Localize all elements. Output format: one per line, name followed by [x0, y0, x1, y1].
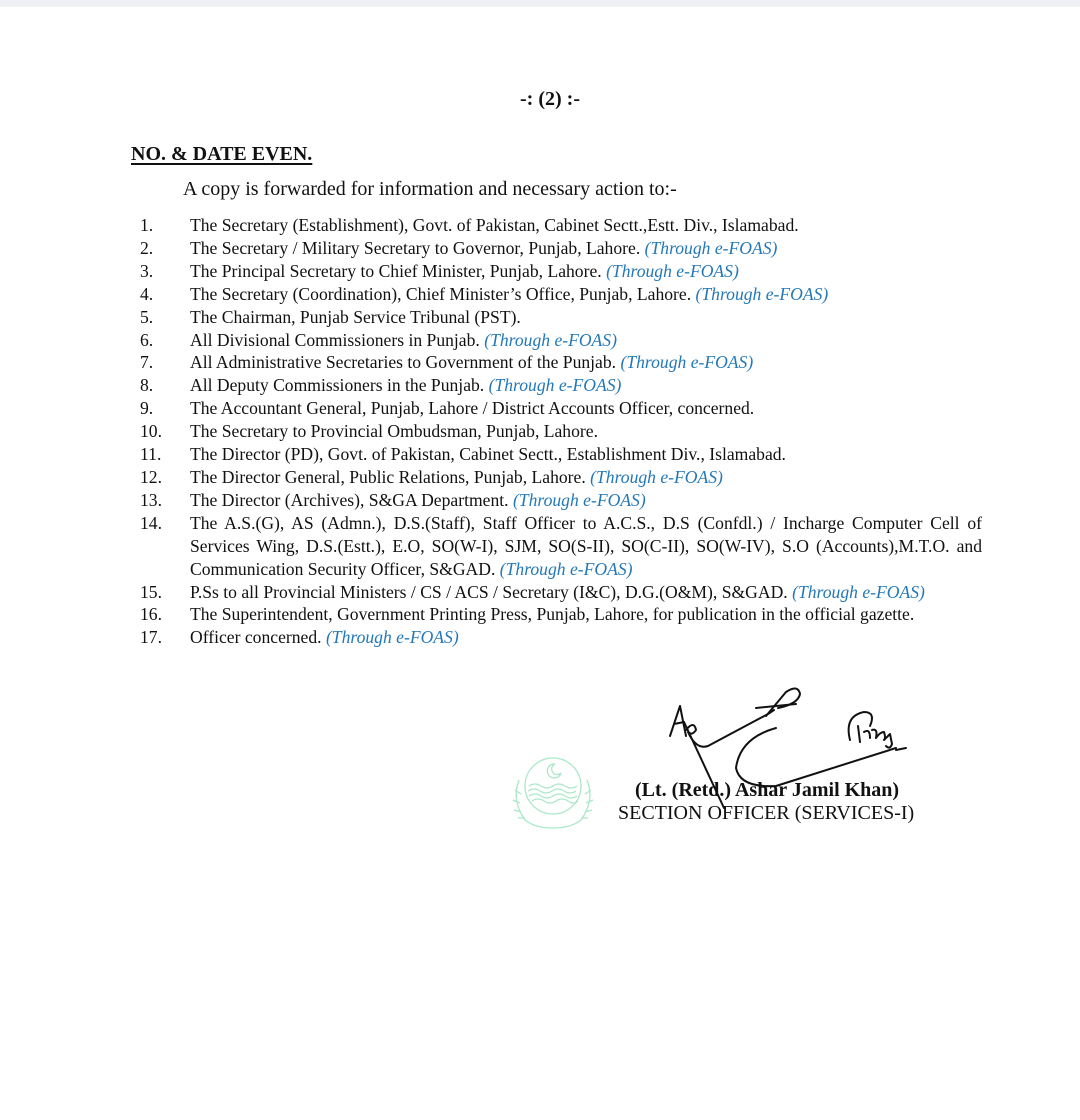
signature-block: (Lt. (Retd.) Ashar Jamil Khan) SECTION O… [600, 678, 960, 838]
through-e-foas-note: (Through e-FOAS) [606, 261, 739, 281]
distribution-item: 6. All Divisional Commissioners in Punja… [140, 329, 982, 352]
distribution-item: 10. The Secretary to Provincial Ombudsma… [140, 420, 982, 443]
item-text: The Chairman, Punjab Service Tribunal (P… [190, 306, 982, 329]
item-number: 6. [140, 329, 190, 352]
item-number: 15. [140, 581, 190, 604]
recipient-text: All Deputy Commissioners in the Punjab. [190, 375, 489, 395]
distribution-item: 15. P.Ss to all Provincial Ministers / C… [140, 581, 982, 604]
item-number: 5. [140, 306, 190, 329]
distribution-item: 13. The Director (Archives), S&GA Depart… [140, 489, 982, 512]
item-text: All Administrative Secretaries to Govern… [190, 351, 982, 374]
through-e-foas-note: (Through e-FOAS) [326, 627, 459, 647]
reference-heading: NO. & DATE EVEN. [131, 143, 312, 166]
item-number: 11. [140, 443, 190, 466]
through-e-foas-note: (Through e-FOAS) [590, 467, 723, 487]
distribution-item: 17. Officer concerned. (Through e-FOAS) [140, 626, 982, 649]
through-e-foas-note: (Through e-FOAS) [513, 490, 646, 510]
recipient-text: The Secretary / Military Secretary to Go… [190, 238, 645, 258]
signatory-name: (Lt. (Retd.) Ashar Jamil Khan) [635, 779, 899, 802]
item-text: P.Ss to all Provincial Ministers / CS / … [190, 581, 982, 604]
item-text: The Director (Archives), S&GA Department… [190, 489, 982, 512]
item-number: 14. [140, 512, 190, 581]
distribution-item: 2. The Secretary / Military Secretary to… [140, 237, 982, 260]
through-e-foas-note: (Through e-FOAS) [792, 582, 925, 602]
distribution-item: 14. The A.S.(G), AS (Admn.), D.S.(Staff)… [140, 512, 982, 581]
recipient-text: The Director (PD), Govt. of Pakistan, Ca… [190, 444, 786, 464]
distribution-item: 1. The Secretary (Establishment), Govt. … [140, 214, 982, 237]
item-text: The Director (PD), Govt. of Pakistan, Ca… [190, 443, 982, 466]
signatory-title: SECTION OFFICER (SERVICES-I) [618, 802, 914, 825]
recipient-text: The Secretary (Establishment), Govt. of … [190, 215, 799, 235]
item-text: The Secretary (Coordination), Chief Mini… [190, 283, 982, 306]
recipient-text: The Director (Archives), S&GA Department… [190, 490, 513, 510]
recipient-text: The Principal Secretary to Chief Ministe… [190, 261, 606, 281]
item-text: Officer concerned. (Through e-FOAS) [190, 626, 982, 649]
distribution-item: 7. All Administrative Secretaries to Gov… [140, 351, 982, 374]
item-text: The Secretary to Provincial Ombudsman, P… [190, 420, 982, 443]
item-text: The Superintendent, Government Printing … [190, 603, 982, 626]
item-text: All Divisional Commissioners in Punjab. … [190, 329, 982, 352]
recipient-text: P.Ss to all Provincial Ministers / CS / … [190, 582, 792, 602]
item-text: The Accountant General, Punjab, Lahore /… [190, 397, 982, 420]
page-number: -: (2) :- [0, 88, 1080, 111]
item-number: 3. [140, 260, 190, 283]
item-number: 17. [140, 626, 190, 649]
recipient-text: The Director General, Public Relations, … [190, 467, 590, 487]
distribution-item: 5. The Chairman, Punjab Service Tribunal… [140, 306, 982, 329]
recipient-text: The Secretary (Coordination), Chief Mini… [190, 284, 696, 304]
recipient-text: All Divisional Commissioners in Punjab. [190, 330, 484, 350]
distribution-item: 16. The Superintendent, Government Print… [140, 603, 982, 626]
item-text: The Director General, Public Relations, … [190, 466, 982, 489]
item-number: 2. [140, 237, 190, 260]
through-e-foas-note: (Through e-FOAS) [489, 375, 622, 395]
item-number: 16. [140, 603, 190, 626]
item-number: 13. [140, 489, 190, 512]
distribution-item: 3. The Principal Secretary to Chief Mini… [140, 260, 982, 283]
viewer-top-bar [0, 0, 1080, 7]
recipient-text: Officer concerned. [190, 627, 326, 647]
item-text: The Secretary (Establishment), Govt. of … [190, 214, 982, 237]
distribution-item: 12. The Director General, Public Relatio… [140, 466, 982, 489]
item-text: The Principal Secretary to Chief Ministe… [190, 260, 982, 283]
item-text: All Deputy Commissioners in the Punjab. … [190, 374, 982, 397]
item-number: 8. [140, 374, 190, 397]
distribution-item: 11. The Director (PD), Govt. of Pakistan… [140, 443, 982, 466]
distribution-item: 9. The Accountant General, Punjab, Lahor… [140, 397, 982, 420]
recipient-text: All Administrative Secretaries to Govern… [190, 352, 620, 372]
through-e-foas-note: (Through e-FOAS) [645, 238, 778, 258]
item-number: 9. [140, 397, 190, 420]
distribution-list: 1. The Secretary (Establishment), Govt. … [140, 214, 982, 649]
recipient-text: The Accountant General, Punjab, Lahore /… [190, 398, 754, 418]
item-number: 7. [140, 351, 190, 374]
through-e-foas-note: (Through e-FOAS) [696, 284, 829, 304]
recipient-text: The Secretary to Provincial Ombudsman, P… [190, 421, 598, 441]
item-number: 1. [140, 214, 190, 237]
through-e-foas-note: (Through e-FOAS) [484, 330, 617, 350]
item-text: The A.S.(G), AS (Admn.), D.S.(Staff), St… [190, 512, 982, 581]
forwarding-intro: A copy is forwarded for information and … [183, 178, 677, 201]
through-e-foas-note: (Through e-FOAS) [500, 559, 633, 579]
through-e-foas-note: (Through e-FOAS) [620, 352, 753, 372]
recipient-text: The Chairman, Punjab Service Tribunal (P… [190, 307, 521, 327]
item-number: 10. [140, 420, 190, 443]
item-text: The Secretary / Military Secretary to Go… [190, 237, 982, 260]
punjab-seal-watermark-icon [505, 750, 601, 832]
recipient-text: The Superintendent, Government Printing … [190, 604, 914, 624]
item-number: 12. [140, 466, 190, 489]
distribution-item: 8. All Deputy Commissioners in the Punja… [140, 374, 982, 397]
item-number: 4. [140, 283, 190, 306]
distribution-item: 4. The Secretary (Coordination), Chief M… [140, 283, 982, 306]
